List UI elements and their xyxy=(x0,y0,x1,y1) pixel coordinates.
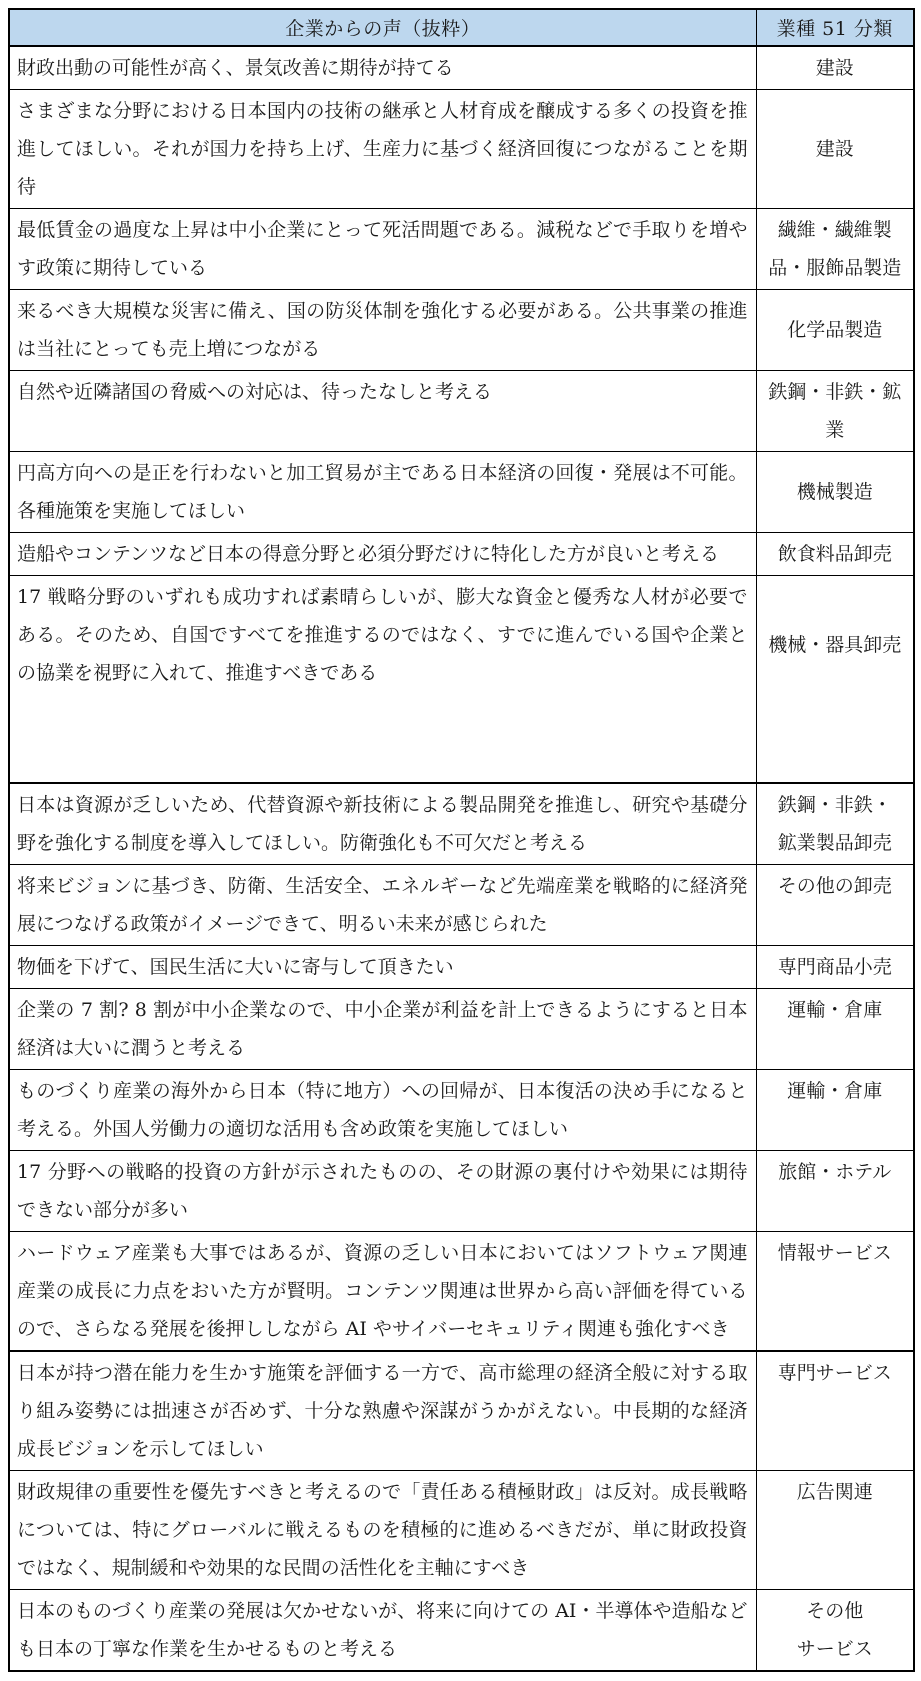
table-row: 来るべき大規模な災害に備え、国の防災体制を強化する必要がある。公共事業の推進は当… xyxy=(9,290,914,371)
voice-cell: 造船やコンテンツなど日本の得意分野と必須分野だけに特化した方が良いと考える xyxy=(9,533,756,576)
table-row: 日本は資源が乏しいため、代替資源や新技術による製品開発を推進し、研究や基礎分野を… xyxy=(9,783,914,865)
voice-cell: 17 戦略分野のいずれも成功すれば素晴らしいが、膨大な資金と優秀な人材が必要であ… xyxy=(9,576,756,784)
voice-cell: 財政規律の重要性を優先すべきと考えるので「責任ある積極財政」は反対。成長戦略につ… xyxy=(9,1471,756,1590)
voice-column-header: 企業からの声（抜粋） xyxy=(9,9,756,46)
industry-cell: 専門商品小売 xyxy=(756,946,914,989)
industry-cell: 飲食料品卸売 xyxy=(756,533,914,576)
industry-cell: 機械・器具卸売 xyxy=(756,576,914,784)
voice-cell: 来るべき大規模な災害に備え、国の防災体制を強化する必要がある。公共事業の推進は当… xyxy=(9,290,756,371)
industry-cell: 運輸・倉庫 xyxy=(756,1070,914,1151)
industry-cell: その他 サービス xyxy=(756,1590,914,1672)
industry-cell: 建設 xyxy=(756,46,914,90)
industry-cell: 広告関連 xyxy=(756,1471,914,1590)
industry-cell: 化学品製造 xyxy=(756,290,914,371)
industry-cell: 運輸・倉庫 xyxy=(756,989,914,1070)
table-row: 17 戦略分野のいずれも成功すれば素晴らしいが、膨大な資金と優秀な人材が必要であ… xyxy=(9,576,914,784)
table-row: 企業の 7 割? 8 割が中小企業なので、中小企業が利益を計上できるようにすると… xyxy=(9,989,914,1070)
voice-cell: 日本が持つ潜在能力を生かす施策を評価する一方で、高市総理の経済全般に対する取り組… xyxy=(9,1351,756,1471)
voice-cell: ハードウェア産業も大事ではあるが、資源の乏しい日本においてはソフトウェア関連産業… xyxy=(9,1232,756,1352)
industry-column-header: 業種 51 分類 xyxy=(756,9,914,46)
industry-cell: 専門サービス xyxy=(756,1351,914,1471)
table-row: 自然や近隣諸国の脅威への対応は、待ったなしと考える鉄鋼・非鉄・鉱 業 xyxy=(9,371,914,452)
company-voices-table: 企業からの声（抜粋） 業種 51 分類 財政出動の可能性が高く、景気改善に期待が… xyxy=(8,8,915,1672)
table-row: ハードウェア産業も大事ではあるが、資源の乏しい日本においてはソフトウェア関連産業… xyxy=(9,1232,914,1352)
table-row: 財政出動の可能性が高く、景気改善に期待が持てる建設 xyxy=(9,46,914,90)
industry-cell: 建設 xyxy=(756,90,914,209)
table-row: さまざまな分野における日本国内の技術の継承と人材育成を醸成する多くの投資を推進し… xyxy=(9,90,914,209)
voice-cell: 円高方向への是正を行わないと加工貿易が主である日本経済の回復・発展は不可能。各種… xyxy=(9,452,756,533)
table-row: 造船やコンテンツなど日本の得意分野と必須分野だけに特化した方が良いと考える飲食料… xyxy=(9,533,914,576)
voice-cell: 財政出動の可能性が高く、景気改善に期待が持てる xyxy=(9,46,756,90)
header-row: 企業からの声（抜粋） 業種 51 分類 xyxy=(9,9,914,46)
voice-cell: 物価を下げて、国民生活に大いに寄与して頂きたい xyxy=(9,946,756,989)
table-row: 17 分野への戦略的投資の方針が示されたものの、その財源の裏付けや効果には期待で… xyxy=(9,1151,914,1232)
table-row: 物価を下げて、国民生活に大いに寄与して頂きたい専門商品小売 xyxy=(9,946,914,989)
voice-cell: 17 分野への戦略的投資の方針が示されたものの、その財源の裏付けや効果には期待で… xyxy=(9,1151,756,1232)
voice-cell: 企業の 7 割? 8 割が中小企業なので、中小企業が利益を計上できるようにすると… xyxy=(9,989,756,1070)
document-page: 企業からの声（抜粋） 業種 51 分類 財政出動の可能性が高く、景気改善に期待が… xyxy=(0,0,921,1672)
voice-cell: 日本は資源が乏しいため、代替資源や新技術による製品開発を推進し、研究や基礎分野を… xyxy=(9,783,756,865)
table-row: 将来ビジョンに基づき、防衛、生活安全、エネルギーなど先端産業を戦略的に経済発展に… xyxy=(9,865,914,946)
industry-cell: 旅館・ホテル xyxy=(756,1151,914,1232)
industry-cell: 情報サービス xyxy=(756,1232,914,1352)
industry-cell: 繊維・繊維製 品・服飾品製造 xyxy=(756,209,914,290)
voice-cell: 日本のものづくり産業の発展は欠かせないが、将来に向けての AI・半導体や造船など… xyxy=(9,1590,756,1672)
voice-cell: さまざまな分野における日本国内の技術の継承と人材育成を醸成する多くの投資を推進し… xyxy=(9,90,756,209)
industry-cell: 機械製造 xyxy=(756,452,914,533)
table-row: 最低賃金の過度な上昇は中小企業にとって死活問題である。減税などで手取りを増やす政… xyxy=(9,209,914,290)
industry-cell: 鉄鋼・非鉄・ 鉱業製品卸売 xyxy=(756,783,914,865)
table-row: 日本のものづくり産業の発展は欠かせないが、将来に向けての AI・半導体や造船など… xyxy=(9,1590,914,1672)
voice-cell: 最低賃金の過度な上昇は中小企業にとって死活問題である。減税などで手取りを増やす政… xyxy=(9,209,756,290)
table-row: 財政規律の重要性を優先すべきと考えるので「責任ある積極財政」は反対。成長戦略につ… xyxy=(9,1471,914,1590)
table-row: ものづくり産業の海外から日本（特に地方）への回帰が、日本復活の決め手になると考え… xyxy=(9,1070,914,1151)
voice-cell: 将来ビジョンに基づき、防衛、生活安全、エネルギーなど先端産業を戦略的に経済発展に… xyxy=(9,865,756,946)
table-row: 円高方向への是正を行わないと加工貿易が主である日本経済の回復・発展は不可能。各種… xyxy=(9,452,914,533)
industry-cell: その他の卸売 xyxy=(756,865,914,946)
voice-cell: 自然や近隣諸国の脅威への対応は、待ったなしと考える xyxy=(9,371,756,452)
table-row: 日本が持つ潜在能力を生かす施策を評価する一方で、高市総理の経済全般に対する取り組… xyxy=(9,1351,914,1471)
industry-cell: 鉄鋼・非鉄・鉱 業 xyxy=(756,371,914,452)
voice-cell: ものづくり産業の海外から日本（特に地方）への回帰が、日本復活の決め手になると考え… xyxy=(9,1070,756,1151)
